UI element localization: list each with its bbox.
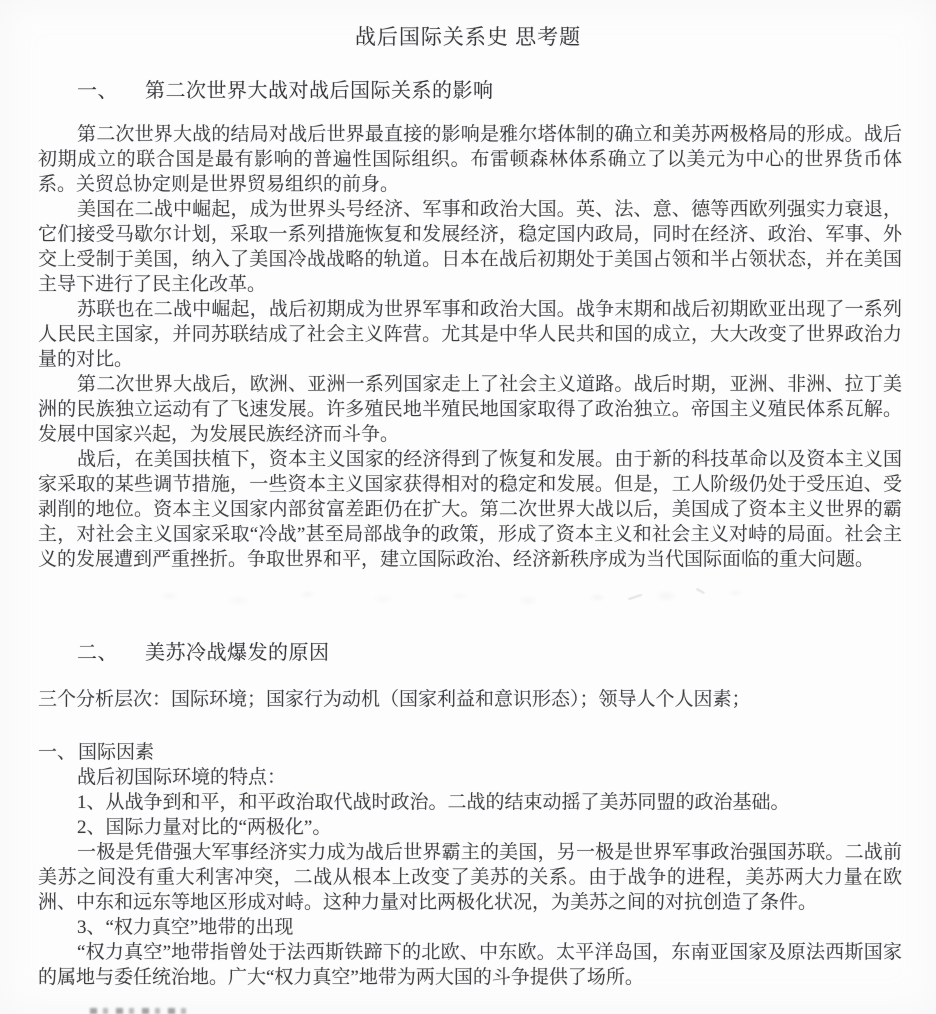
list-item: 3、“权力真空”地带的出现 bbox=[0, 915, 936, 940]
paragraph: “权力真空”地带指曾处于法西斯铁蹄下的北欧、中东欧。太平洋岛国，东南亚国家及原法… bbox=[0, 940, 936, 990]
paragraph: 第二次世界大战后，欧洲、亚洲一系列国家走上了社会主义道路。战后时期，亚洲、非洲、… bbox=[0, 372, 936, 447]
subsection1-title: 国际因素 bbox=[78, 742, 154, 763]
section2-number: 二、 bbox=[77, 640, 145, 666]
analysis-levels-line: 三个分析层次：国际环境；国家行为动机（国家利益和意识形态）；领导人个人因素； bbox=[0, 687, 936, 712]
scanned-text-layer: 战后国际关系史 思考题 一、第二次世界大战对战后国际关系的影响 第二次世界大战的… bbox=[0, 0, 936, 1014]
list-item: 2、国际力量对比的“两极化”。 bbox=[0, 815, 936, 840]
document-page: 战后国际关系史 思考题 一、第二次世界大战对战后国际关系的影响 第二次世界大战的… bbox=[0, 0, 936, 1014]
subsection1-number: 一、 bbox=[38, 740, 78, 765]
list-item: 1、从战争到和平，和平政治取代战时政治。二战的结束动摇了美苏同盟的政治基础。 bbox=[0, 790, 936, 815]
lead-line: 战后初国际环境的特点： bbox=[0, 765, 936, 790]
section2-heading: 二、美苏冷战爆发的原因 bbox=[0, 640, 936, 666]
section1-number: 一、 bbox=[77, 78, 145, 104]
subsection1-heading: 一、国际因素 bbox=[0, 740, 936, 765]
paragraph: 第二次世界大战的结局对战后世界最直接的影响是雅尔塔体制的确立和美苏两极格局的形成… bbox=[0, 122, 936, 197]
section1-title: 第二次世界大战对战后国际关系的影响 bbox=[145, 80, 494, 102]
paragraph: 一极是凭借强大军事经济实力成为战后世界霸主的美国，另一极是世界军事政治强国苏联。… bbox=[0, 840, 936, 915]
section2-title: 美苏冷战爆发的原因 bbox=[145, 642, 330, 664]
section1-heading: 一、第二次世界大战对战后国际关系的影响 bbox=[0, 78, 936, 104]
paragraph: 苏联也在二战中崛起，战后初期成为世界军事和政治大国。战争末期和战后初期欧亚出现了… bbox=[0, 297, 936, 372]
paragraph: 战后，在美国扶植下，资本主义国家的经济得到了恢复和发展。由于新的科技革命以及资本… bbox=[0, 447, 936, 572]
paragraph: 美国在二战中崛起，成为世界头号经济、军事和政治大国。英、法、意、德等西欧列强实力… bbox=[0, 197, 936, 297]
document-title: 战后国际关系史 思考题 bbox=[0, 0, 936, 51]
